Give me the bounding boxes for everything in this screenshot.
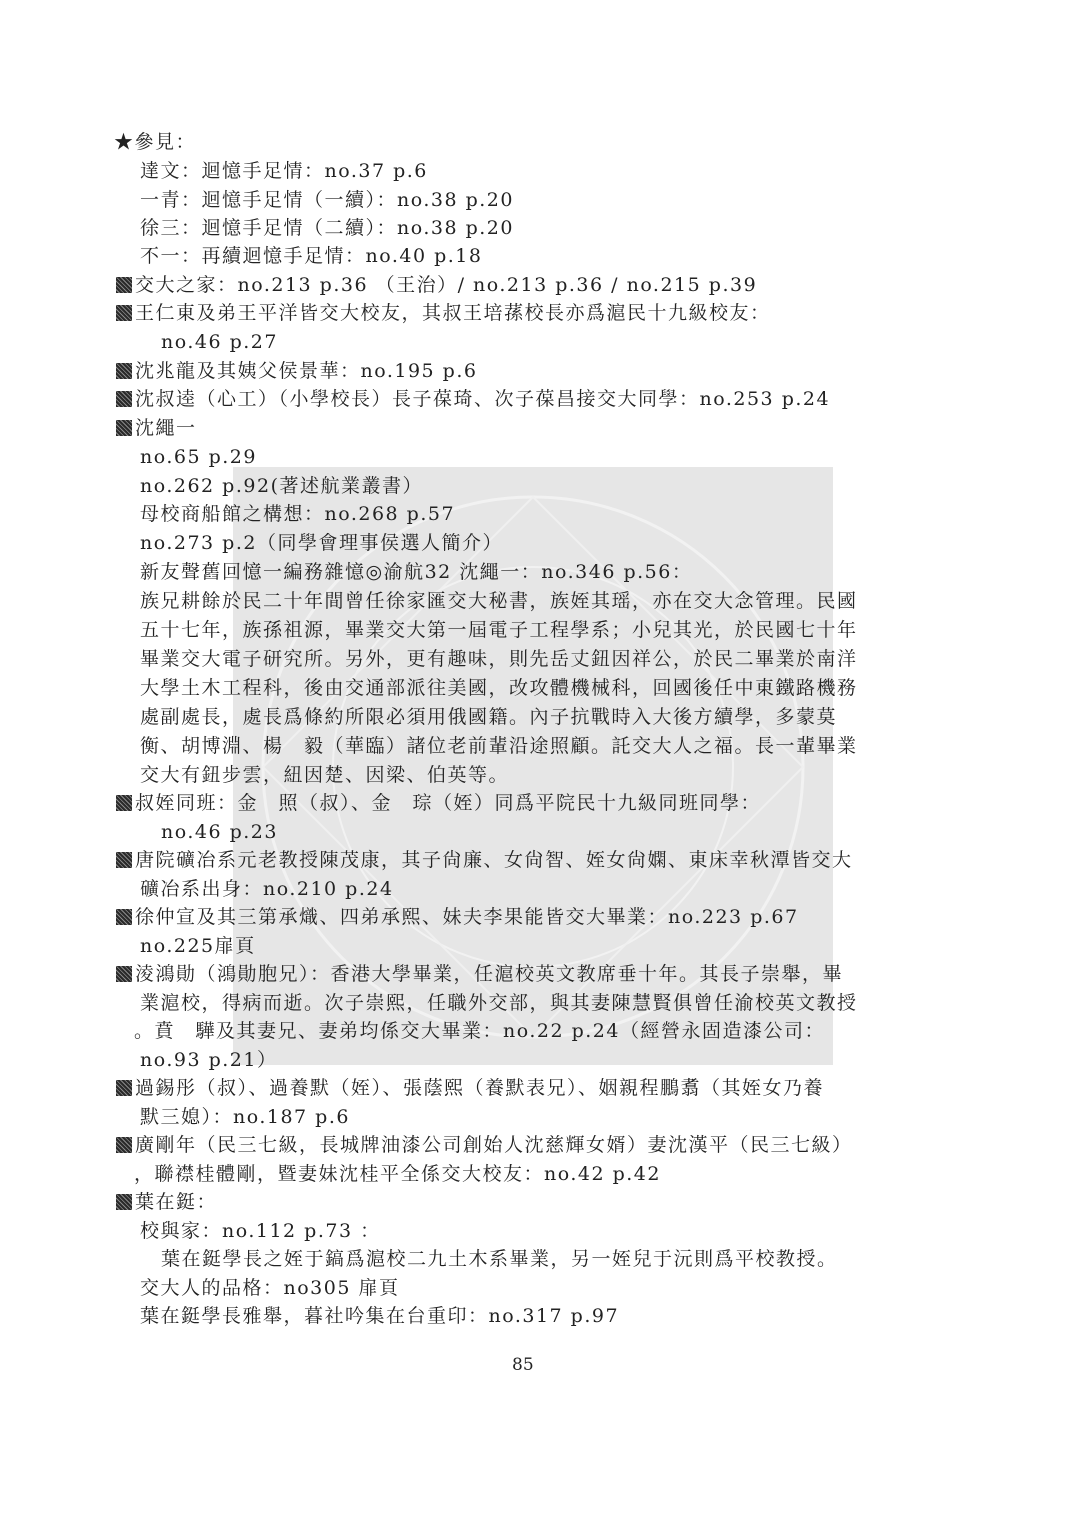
entry-continuation: 族兄耕餘於民二十年間曾任徐家匯交大秘書，族姪其瑶，亦在交大念管理。民國 (140, 587, 858, 615)
document-page: ★參見： 達文：迴憶手足情：no.37 p.6 一青：迴憶手足情（一續）：no.… (0, 0, 1065, 1536)
entry-continuation: 五十七年，族孫祖源，畢業交大第一屆電子工程學系；小兒其光，於民國七十年 (140, 616, 858, 644)
seal-bullet-icon (116, 909, 132, 925)
seal-bullet-icon (116, 1137, 132, 1153)
entry-continuation: 處副處長，處長爲條約所限必須用俄國籍。內子抗戰時入大後方續學，多蒙莫 (140, 703, 837, 731)
entry-continuation: 交大有鈕步雲，紐因楚、因梁、伯英等。 (140, 761, 509, 789)
page-number: 85 (512, 1355, 534, 1375)
entry-continuation: no.93 p.21） (140, 1046, 277, 1074)
entry-continuation: no.262 p.92(著述航業叢書） (140, 472, 423, 500)
entry-continuation: 。賁 驊及其妻兄、妻弟均係交大畢業：no.22 p.24（經營永固造漆公司： (134, 1017, 825, 1045)
entry-continuation: no.273 p.2（同學會理事侯選人簡介） (140, 529, 503, 557)
entry: 沈叔逵（心工）（小學校長）長子葆琦、次子葆昌接交大同學：no.253 p.24 (116, 385, 830, 413)
entry-continuation: 新友聲舊回憶一編務雜憶◎渝航32 沈繩一：no.346 p.56： (140, 558, 692, 586)
see-also-item: 達文：迴憶手足情：no.37 p.6 (140, 157, 428, 185)
seal-bullet-icon (116, 1194, 132, 1210)
entry-continuation: 大學土木工程科，後由交通部派往美國，改攻體機械科，回國後任中東鐵路機務 (140, 674, 858, 702)
entry-continuation: 葉在鋌學長雅舉，暮社吟集在台重印：no.317 p.97 (140, 1302, 619, 1330)
see-also-header: ★參見： (114, 128, 196, 156)
entry: 葉在鋌： (116, 1188, 217, 1216)
see-also-item: 不一：再續迴憶手足情：no.40 p.18 (140, 242, 482, 270)
entry-continuation: 母校商船館之構想：no.268 p.57 (140, 500, 455, 528)
entry: 沈兆龍及其姨父侯景華：no.195 p.6 (116, 357, 477, 385)
entry-continuation: 礦冶系出身：no.210 p.24 (140, 875, 394, 903)
see-also-item: 徐三：迴憶手足情（二續）：no.38 p.20 (140, 214, 514, 242)
entry-continuation: no.65 p.29 (140, 443, 257, 471)
entry-continuation: no.46 p.27 (161, 328, 278, 356)
entry-continuation: 畢業交大電子研究所。另外，更有趣味，則先岳丈鈕因祥公，於民二畢業於南洋 (140, 645, 858, 673)
seal-bullet-icon (116, 277, 132, 293)
seal-bullet-icon (116, 363, 132, 379)
entry-continuation: 葉在鋌學長之姪于鎬爲滬校二九土木系畢業，另一姪兒于沅則爲平校教授。 (161, 1245, 838, 1273)
entry-continuation: no.225扉頁 (140, 932, 256, 960)
seal-bullet-icon (116, 852, 132, 868)
entry: 交大之家：no.213 p.36 （王治）/ no.213 p.36 / no.… (116, 271, 757, 299)
entry-continuation: 校與家：no.112 p.73 ： (140, 1217, 381, 1245)
see-also-item: 一青：迴憶手足情（一續）：no.38 p.20 (140, 186, 514, 214)
seal-bullet-icon (116, 420, 132, 436)
entry: 廣剛年（民三七級，長城牌油漆公司創始人沈慈輝女婿）妻沈漢平（民三七級） (116, 1131, 853, 1159)
entry: 王仁東及弟王平洋皆交大校友，其叔王培蓀校長亦爲滬民十九級校友： (116, 299, 771, 327)
entry-continuation: no.46 p.23 (161, 818, 278, 846)
seal-bullet-icon (116, 795, 132, 811)
seal-bullet-icon (116, 391, 132, 407)
entry: 沈繩一 (116, 414, 197, 442)
entry-continuation: ，聯襟桂體剛，暨妻妹沈桂平全係交大校友：no.42 p.42 (134, 1160, 661, 1188)
entry-continuation: 交大人的品格：no305 扉頁 (140, 1274, 399, 1302)
entry: 過錫彤（叔）、過養默（姪）、張蔭熙（養默表兄）、姻親程鵬翥（其姪女乃養 (116, 1074, 824, 1102)
seal-bullet-icon (116, 966, 132, 982)
seal-bullet-icon (116, 1080, 132, 1096)
seal-bullet-icon (116, 305, 132, 321)
entry: 叔姪同班：金 照（叔）、金 琮（姪）同爲平院民十九級同班同學： (116, 789, 761, 817)
entry: 唐院礦冶系元老教授陳茂康，其子尙廉、女尙智、姪女尙嫻、東床幸秋潭皆交大 (116, 846, 853, 874)
entry-continuation: 默三媳）：no.187 p.6 (140, 1103, 350, 1131)
entry: 徐仲宣及其三第承熾、四弟承熙、妹夫李果能皆交大畢業：no.223 p.67 (116, 903, 799, 931)
entry-continuation: 衡、胡博淵、楊 毅（華臨）諸位老前輩沿途照顧。託交大人之福。長一輩畢業 (140, 732, 858, 760)
entry-continuation: 業滬校，得病而逝。次子崇熙，任職外交部，與其妻陳慧賢俱曾任渝校英文教授 (140, 989, 858, 1017)
entry: 淩鴻勛（鴻勛胞兄）：香港大學畢業，任滬校英文教席垂十年。其長子崇舉，畢 (116, 960, 843, 988)
